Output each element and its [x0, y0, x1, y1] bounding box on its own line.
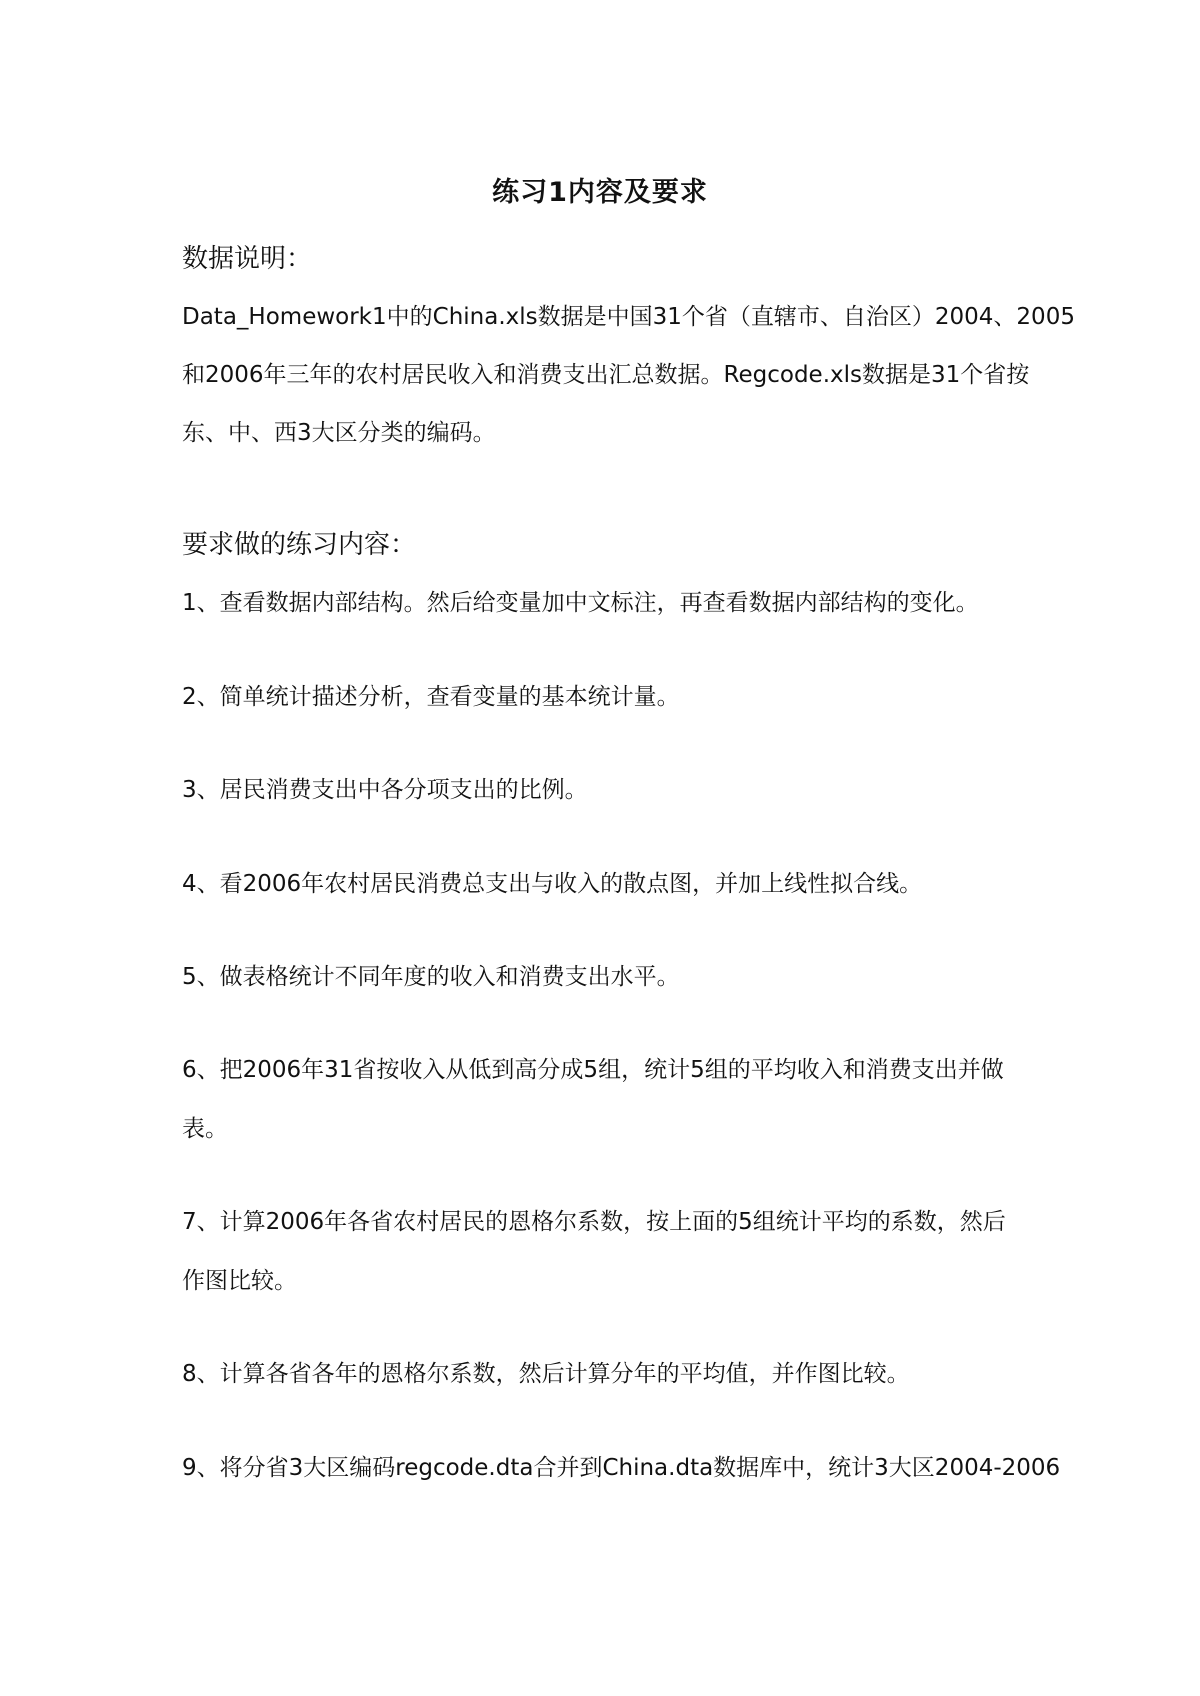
task-item-9: 9、将分省3大区编码regcode.dta合并到China.dta数据库中，统计… [182, 1449, 1060, 1482]
tasks-heading: 要求做的练习内容： [182, 524, 416, 561]
task-item-8: 8、计算各省各年的恩格尔系数，然后计算分年的平均值，并作图比较。 [182, 1355, 910, 1388]
task-item-3: 3、居民消费支出中各分项支出的比例。 [182, 771, 588, 804]
task-item-7-line-1: 7、计算2006年各省农村居民的恩格尔系数，按上面的5组统计平均的系数，然后 [182, 1203, 1006, 1236]
task-item-1: 1、查看数据内部结构。然后给变量加中文标注，再查看数据内部结构的变化。 [182, 584, 979, 617]
task-item-6-line-2: 表。 [182, 1110, 228, 1143]
task-item-6-line-1: 6、把2006年31省按收入从低到高分成5组，统计5组的平均收入和消费支出并做 [182, 1051, 1004, 1084]
data-description-line-1: Data_Homework1中的China.xls数据是中国31个省（直辖市、自… [182, 298, 1075, 331]
task-item-2: 2、简单统计描述分析，查看变量的基本统计量。 [182, 678, 680, 711]
data-description-line-2: 和2006年三年的农村居民收入和消费支出汇总数据。Regcode.xls数据是3… [182, 356, 1029, 389]
document-page: 练习1内容及要求 数据说明： Data_Homework1中的China.xls… [0, 0, 1200, 1696]
data-description-line-3: 东、中、西3大区分类的编码。 [182, 414, 496, 447]
page-title: 练习1内容及要求 [0, 170, 1200, 209]
task-item-7-line-2: 作图比较。 [182, 1262, 297, 1295]
data-description-heading: 数据说明： [182, 238, 312, 275]
task-item-5: 5、做表格统计不同年度的收入和消费支出水平。 [182, 958, 680, 991]
task-item-4: 4、看2006年农村居民消费总支出与收入的散点图，并加上线性拟合线。 [182, 865, 922, 898]
